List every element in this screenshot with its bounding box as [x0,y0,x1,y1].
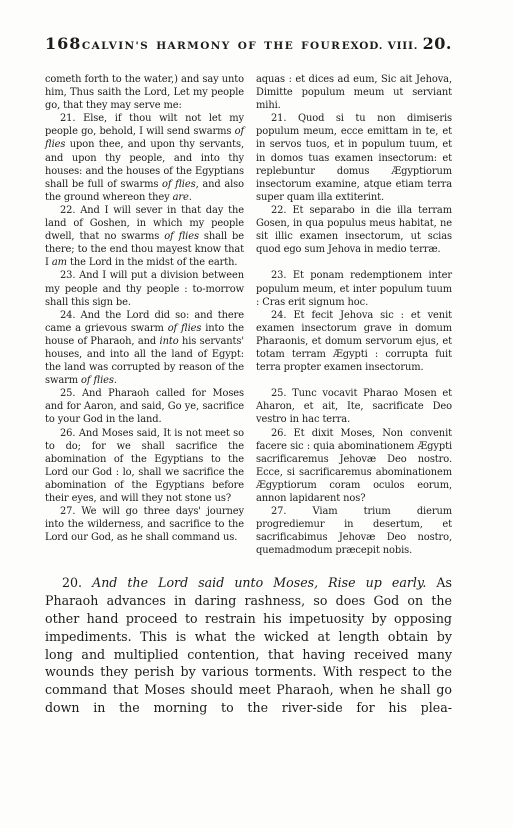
verse-english-cell: cometh forth to the water,) and say unto… [45,73,244,112]
verse-row: 21. Else, if thou wilt not let my people… [45,112,452,204]
italic-text-run: And the Lord said unto Moses, Rise up ea… [92,575,426,590]
text-run: cometh forth to the water,) and say unto… [45,74,244,111]
text-run: 23. Et ponam redemptionem inter populum … [256,270,452,307]
verse-english-cell: 27. We will go three days' journey into … [45,505,244,557]
text-run: aquas : et dices ad eum, Sic ait Jehova,… [256,74,452,111]
verse-english-cell: 22. And I will sever in that day the lan… [45,204,244,269]
text-run: 26. And Moses said, It is not meet so to… [45,428,244,504]
text-run: 27. Viam trium dierum progrediemur in de… [256,506,452,556]
page-number: 168 [45,34,81,53]
verse-row: 24. And the Lord did so: and there came … [45,309,452,388]
running-title: CALVIN'S HARMONY OF THE FOUR [81,40,341,52]
italic-text-run: are [173,192,189,203]
verse-latin-cell: aquas : et dices ad eum, Sic ait Jehova,… [256,73,452,112]
page-header: 168 CALVIN'S HARMONY OF THE FOUR EXOD. V… [45,34,452,53]
text-run: 22. Et separabo in die illa terram Gosen… [256,205,452,255]
text-run: As Pharaoh advances in daring rashness, … [45,575,452,715]
verse-english-cell: 25. And Pharaoh called for Moses and for… [45,387,244,426]
italic-text-run: into [160,336,179,347]
parallel-verse-table: cometh forth to the water,) and say unto… [45,73,452,557]
text-run: 21. Else, if thou wilt not let my people… [45,113,244,137]
commentary-paragraph: 20. And the Lord said unto Moses, Rise u… [45,574,452,716]
verse-row: 27. We will go three days' journey into … [45,505,452,557]
italic-text-run: of flies [81,375,114,386]
verse-latin-cell: 22. Et separabo in die illa terram Gosen… [256,204,452,269]
text-run: 20. [62,575,92,590]
verse-row: cometh forth to the water,) and say unto… [45,73,452,112]
text-run: 21. Quod si tu non dimiseris populum meu… [256,113,452,203]
verse-latin-cell: 27. Viam trium dierum progrediemur in de… [256,505,452,557]
verse-latin-cell: 25. Tunc vocavit Pharao Mosen et Aharon,… [256,387,452,426]
verse-english-cell: 21. Else, if thou wilt not let my people… [45,112,244,204]
verse-english-cell: 26. And Moses said, It is not meet so to… [45,427,244,506]
verse-latin-cell: 21. Quod si tu non dimiseris populum meu… [256,112,452,204]
italic-text-run: of flies [164,231,199,242]
verse-row: 26. And Moses said, It is not meet so to… [45,427,452,506]
text-run: 27. We will go three days' journey into … [45,506,244,543]
text-run: 25. Tunc vocavit Pharao Mosen et Aharon,… [256,388,452,425]
text-run: . [189,192,192,203]
verse-english-cell: 23. And I will put a division between my… [45,269,244,308]
verse-row: 22. And I will sever in that day the lan… [45,204,452,269]
verse-latin-cell: 26. Et dixit Moses, Non convenit facere … [256,427,452,506]
verse-row: 25. And Pharaoh called for Moses and for… [45,387,452,426]
book-page: 168 CALVIN'S HARMONY OF THE FOUR EXOD. V… [0,0,513,828]
text-run: 25. And Pharaoh called for Moses and for… [45,388,244,425]
text-run: 24. Et fecit Jehova sic : et venit exame… [256,310,452,373]
verse-english-cell: 24. And the Lord did so: and there came … [45,309,244,388]
text-run: 26. Et dixit Moses, Non convenit facere … [256,428,452,504]
verse-latin-cell: 24. Et fecit Jehova sic : et venit exame… [256,309,452,388]
chapter-reference: EXOD. VIII. 20. [342,34,452,53]
italic-text-run: of flies [168,323,202,334]
italic-text-run: of flies [162,179,196,190]
text-run: . [114,375,117,386]
text-run: the Lord in the midst of the earth. [67,257,238,268]
chapter-reference-number: 20. [423,34,452,53]
verse-latin-cell: 23. Et ponam redemptionem inter populum … [256,269,452,308]
verse-row: 23. And I will put a division between my… [45,269,452,308]
text-run: 23. And I will put a division between my… [45,270,244,307]
italic-text-run: am [52,257,67,268]
chapter-reference-book: EXOD. VIII. [342,40,419,52]
